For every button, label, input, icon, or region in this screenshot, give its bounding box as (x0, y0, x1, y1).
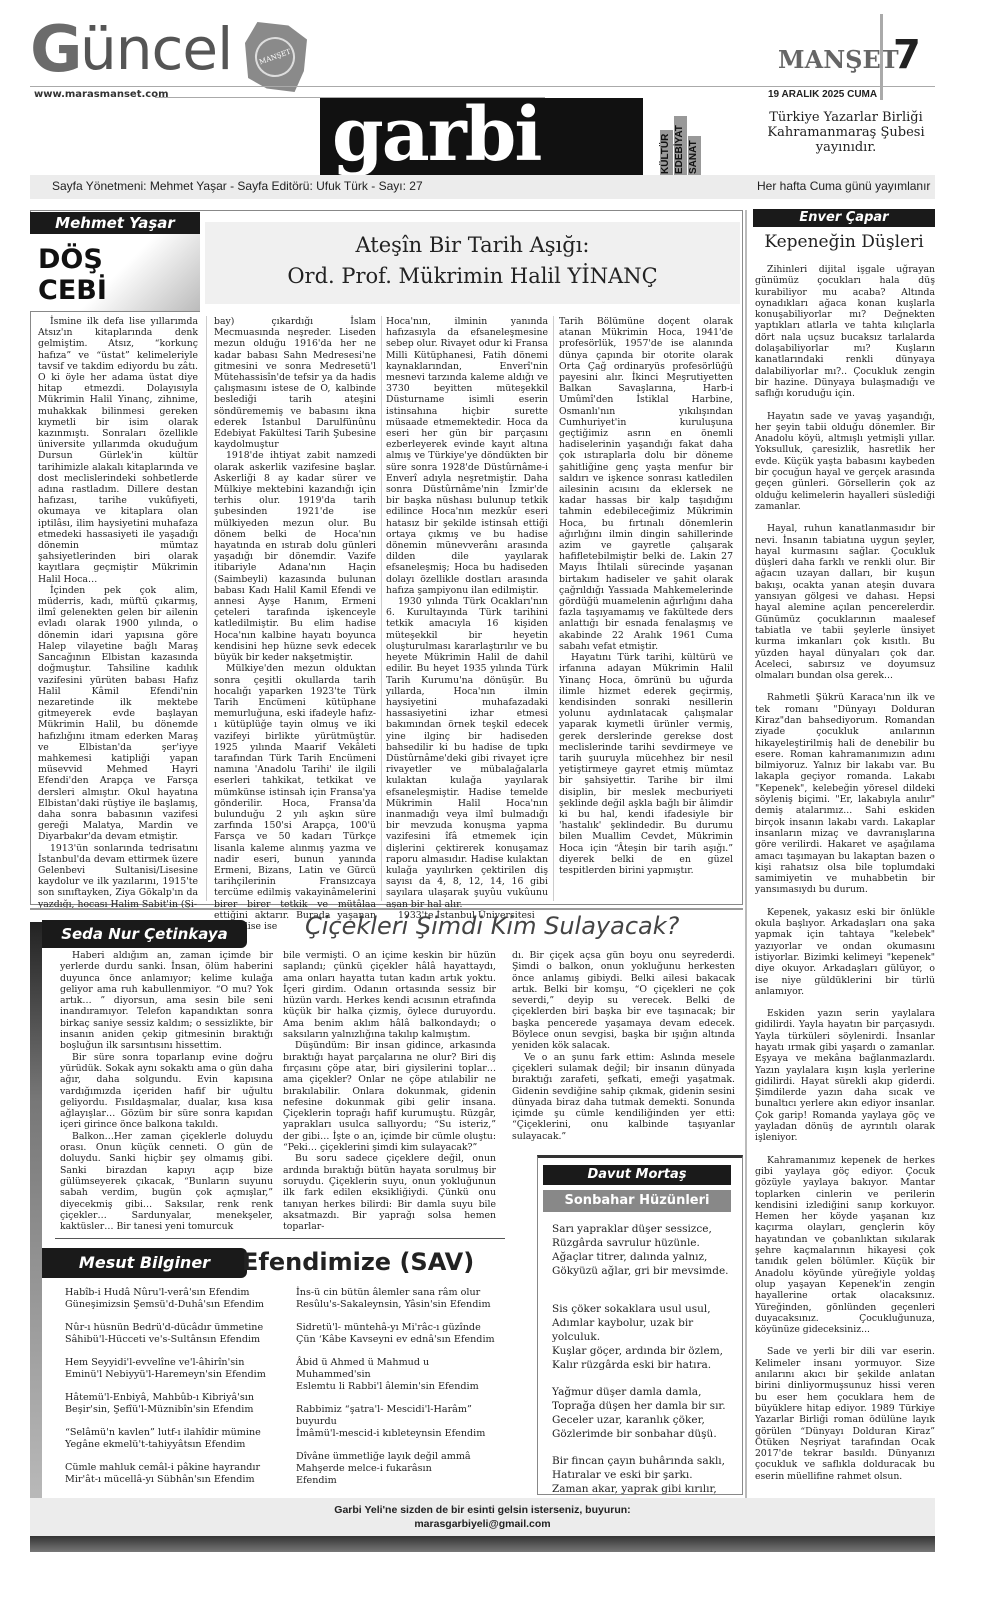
footer-band (30, 1536, 935, 1552)
column-divider (381, 316, 382, 901)
seda-column-1: Haberi aldığım an, zaman içimde bir yerl… (60, 950, 273, 1232)
right-article-title: Kepeneğin Düşleri (753, 232, 935, 252)
tag-edebiyat: EDEBİYAT (674, 116, 687, 176)
mesut-poem-column-2: İns-ü cin bütün âlemler sana râm olurRes… (296, 1287, 526, 1498)
website-link[interactable]: www.marasmanset.com (34, 89, 169, 100)
seda-column-2: bile vermişti. O an içime keskin bir hüz… (283, 950, 496, 1232)
tag-sanat: SANAT (688, 136, 701, 176)
page-credits: Sayfa Yönetmeni: Mehmet Yaşar - Sayfa Ed… (52, 179, 423, 193)
headline-line2: Ord. Prof. Mükrimin Halil YİNANÇ (205, 261, 740, 292)
davut-poem-title: Sonbahar Hüzünleri (543, 1190, 731, 1212)
seda-column-3: dı. Bir çiçek açsa gün boyu onu seyreder… (512, 950, 735, 1142)
davut-author: Davut Mortaş (543, 1165, 731, 1185)
column-divider (553, 316, 554, 901)
stanza: Sis çöker sokaklara usul usul,Adımlar ka… (552, 1302, 742, 1372)
main-article-column-1: İsmine ilk defa lise yıllarımda Atsız'ın… (38, 316, 198, 910)
header-vertical-divider (880, 14, 883, 100)
stamp-label: MANŞET (249, 31, 300, 82)
right-article-body: Zihinleri dijital işgale uğrayan günümüz… (755, 264, 935, 1493)
main-article-column-4: Tarih Bölümüne doçent olarak atanan Mükr… (559, 316, 733, 876)
column-name: DÖŞ CEBİ (38, 244, 107, 306)
seda-author: Seda Nur Çetinkaya (42, 920, 247, 948)
page-number: 7 (893, 32, 921, 78)
decorative-side-bar (30, 922, 42, 1512)
right-author: Enver Çapar (753, 209, 935, 227)
main-article-column-2: bay) çıkardığı İslam Mecmuasında neşrede… (214, 316, 376, 932)
column-divider (206, 316, 207, 901)
footer-contact: Garbi Yeli'ne sizden de bir esinti gelsi… (30, 1498, 935, 1536)
mesut-author: Mesut Bilginer (42, 1248, 247, 1278)
mesut-poem-title: Efendimize (SAV) (242, 1248, 474, 1276)
stanza: Sarı yapraklar düşer sessizce,Rüzgârda s… (552, 1222, 742, 1278)
seda-bottom-rule (55, 1238, 505, 1239)
logo-wordmark: üncel (80, 20, 232, 78)
main-author: Mehmet Yaşar (30, 212, 200, 234)
section-title: garbi yeli (320, 98, 643, 176)
logo-letter-g: G (30, 18, 81, 82)
headline-line1: Ateşîn Bir Tarih Aşığı: (205, 230, 740, 261)
right-column-divider (745, 210, 747, 1550)
footer-email-link[interactable]: marasgarbiyeli@gmail.com (30, 1517, 935, 1531)
stanza: Yağmur düşer damla damla,Toprağa düşen h… (552, 1385, 742, 1441)
header-divider (30, 86, 935, 87)
main-headline: Ateşîn Bir Tarih Aşığı: Ord. Prof. Mükri… (205, 222, 740, 304)
section-divider (30, 908, 743, 910)
footer-invite: Garbi Yeli'ne sizden de bir esinti gelsi… (30, 1503, 935, 1517)
issue-date: 19 ARALIK 2025 CUMA (768, 89, 877, 100)
seda-article-title: Çiçekleri Şimdi Kim Sulayacak? (305, 912, 679, 940)
map-stamp-icon: MANŞET (245, 22, 307, 92)
davut-poem-body: Sarı yapraklar düşer sessizce,Rüzgârda s… (552, 1222, 742, 1523)
publication-schedule: Her hafta Cuma günü yayımlanır (757, 179, 930, 193)
mesut-poem-column-1: Habîb-i Hudâ Nûru'l-verâ'sın EfendimGüne… (65, 1287, 270, 1497)
tag-kultur: KÜLTÜR (660, 130, 673, 176)
main-article-column-3: Hoca'nın, ilminin yanında hafızasıyla da… (386, 316, 548, 921)
publisher-note: Türkiye Yazarlar Birliği Kahramanmaraş Ş… (756, 110, 936, 155)
